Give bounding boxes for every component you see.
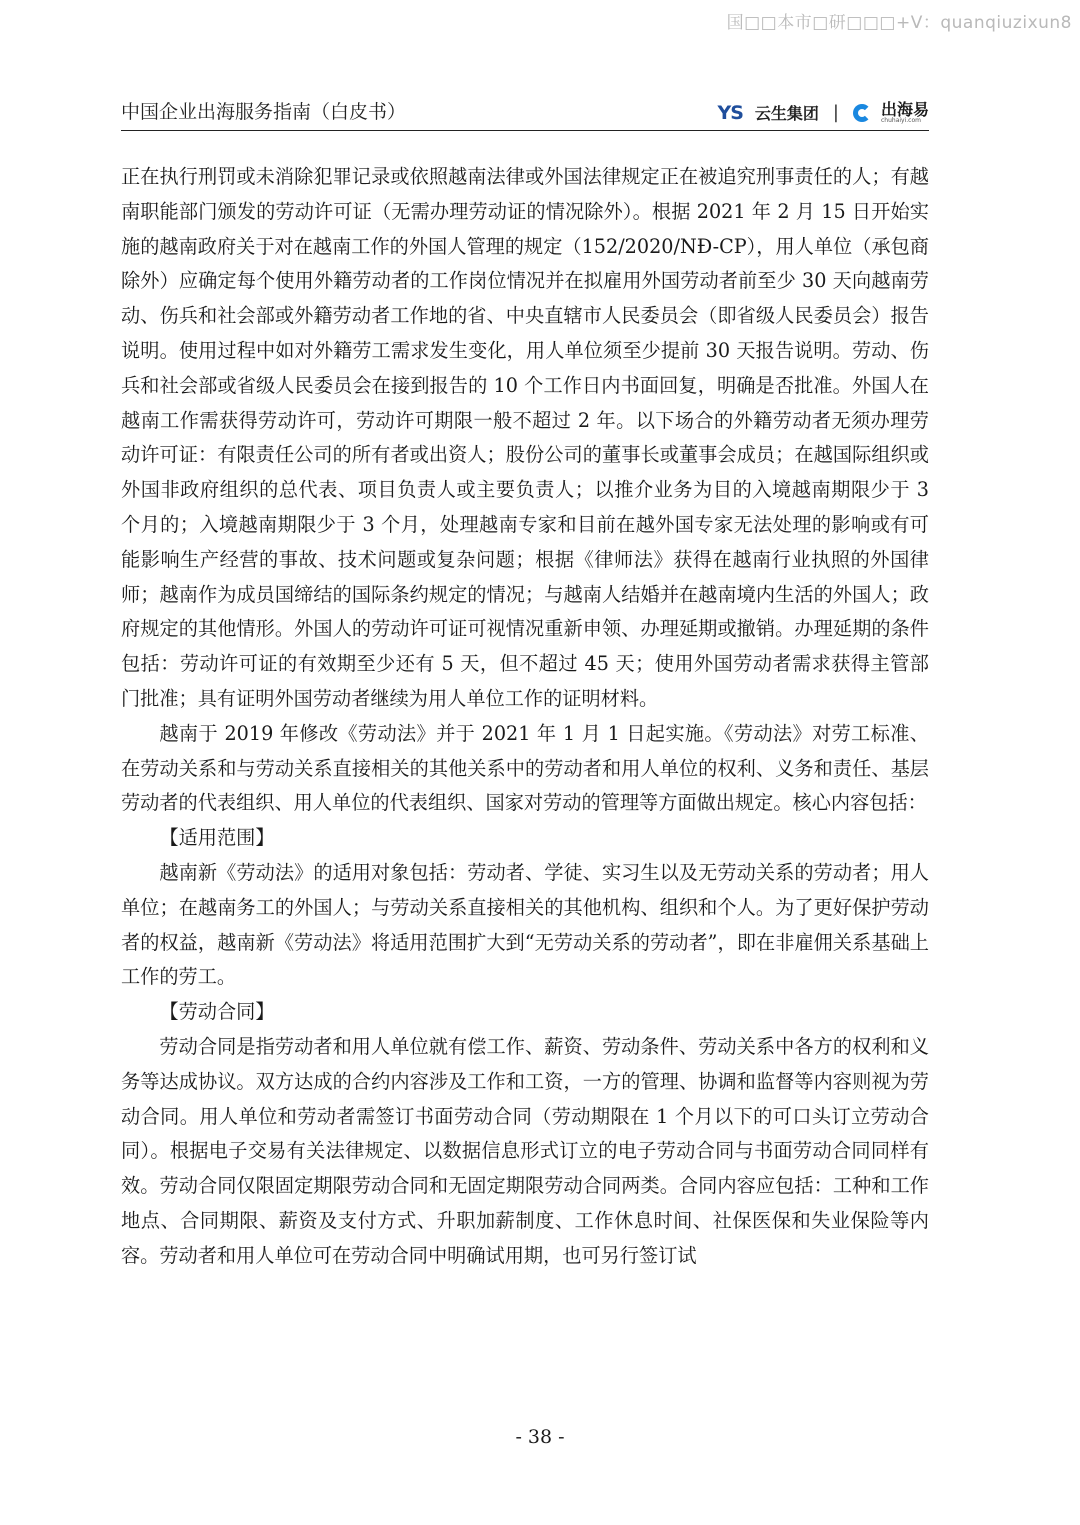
paragraph-scope: 越南新《劳动法》的适用对象包括：劳动者、学徒、实习生以及无劳动关系的劳动者；用人… (121, 856, 929, 995)
chuhaiyi-logo-text: 出海易 chuhaiyi.com (881, 102, 929, 124)
watermark-text: 国□□本市□研□□□+V：quanqiuzixun8 (727, 8, 1072, 33)
page-number: - 38 - (0, 1426, 1080, 1448)
document-title: 中国企业出海服务指南（白皮书） (121, 97, 406, 124)
section-heading-labor-contract: 【劳动合同】 (121, 995, 929, 1030)
page-header: 中国企业出海服务指南（白皮书） YS 云生集团 | 出海易 chuhaiyi.c… (121, 94, 929, 131)
logo-separator: | (833, 102, 839, 123)
paragraph-foreign-worker-permits: 正在执行刑罚或未消除犯罪记录或依照越南法律或外国法律规定正在被追究刑事责任的人；… (121, 160, 929, 717)
chuhaiyi-name: 出海易 (881, 102, 929, 118)
section-heading-scope: 【适用范围】 (121, 821, 929, 856)
paragraph-labor-contract: 劳动合同是指劳动者和用人单位就有偿工作、薪资、劳动条件、劳动关系中各方的权利和义… (121, 1030, 929, 1274)
document-body: 正在执行刑罚或未消除犯罪记录或依照越南法律或外国法律规定正在被追究刑事责任的人；… (121, 160, 929, 1274)
chuhaiyi-logo-icon (853, 104, 871, 122)
paragraph-labor-law-intro: 越南于 2019 年修改《劳动法》并于 2021 年 1 月 1 日起实施。《劳… (121, 717, 929, 821)
chuhaiyi-url: chuhaiyi.com (881, 118, 929, 124)
ys-logo-icon: YS (717, 102, 742, 124)
header-logos: YS 云生集团 | 出海易 chuhaiyi.com (717, 101, 929, 124)
ys-group-name: 云生集团 (755, 101, 819, 124)
